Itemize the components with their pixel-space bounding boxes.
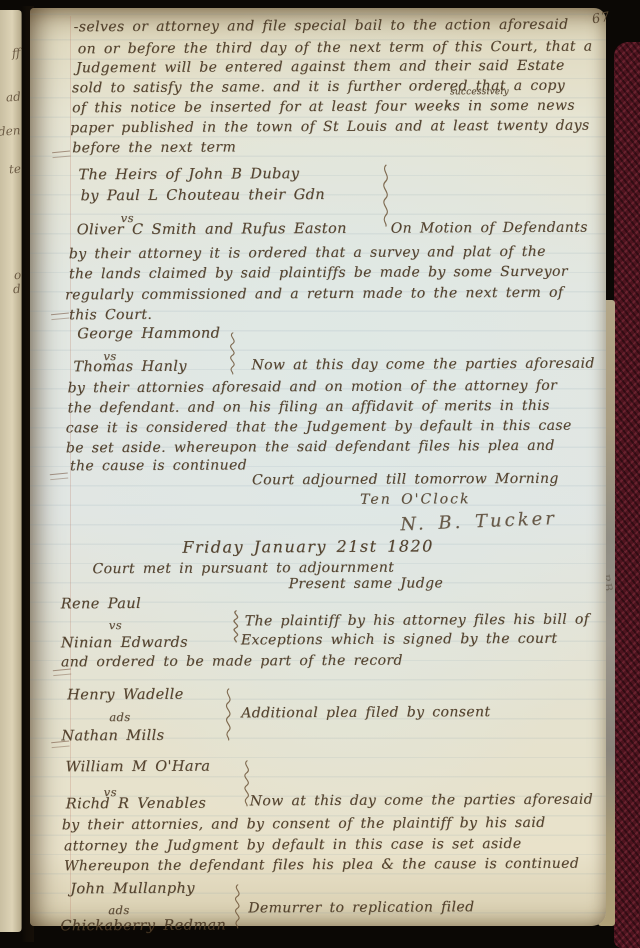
margin-tick [50, 473, 68, 481]
record-line: by their attornies, and by consent of th… [62, 815, 546, 834]
case-plaintiff: John Mullanphy [70, 881, 195, 898]
adjournment-time: Ten O'Clock [360, 491, 470, 508]
record-line: and ordered to be made part of the recor… [61, 653, 403, 671]
case-defendant: Richd R Venables [66, 796, 207, 813]
record-line: the defendant. and on his filing an affi… [68, 398, 550, 417]
judge-signature: N. B. Tucker [400, 508, 557, 535]
interlinear-insertion: successively [450, 87, 509, 97]
case-brace-icon [221, 688, 235, 740]
case-brace-icon [378, 165, 392, 227]
case-brace-icon [225, 332, 239, 374]
record-line: Demurrer to replication filed [248, 899, 474, 916]
record-line: paper published in the town of St Louis … [70, 118, 589, 137]
record-line: Additional plea filed by consent [241, 704, 490, 721]
court-record-book-photo: { "window": { "page_number": "67", "edge… [0, 0, 640, 948]
record-line: regularly commissioned and a return made… [65, 285, 563, 304]
record-line: Judgement will be entered against them a… [76, 58, 565, 77]
case-defendant: Thomas Hanly [73, 359, 187, 376]
margin-tick [51, 313, 69, 321]
case-plaintiff: by Paul L Chouteau their Gdn [81, 187, 326, 204]
case-plaintiff: Rene Paul [61, 596, 141, 612]
session-date: Friday January 21st 1820 [182, 536, 434, 556]
record-line: on or before the third day of the next t… [78, 39, 593, 58]
margin-tick [53, 669, 71, 677]
case-plaintiff: William M O'Hara [65, 759, 210, 776]
record-line: of this notice be inserted for at least … [72, 98, 575, 117]
case-plaintiff: Henry Wadelle [67, 687, 184, 704]
session-line: Present same Judge [289, 575, 444, 592]
insertion-caret: ^ [445, 103, 453, 113]
case-defendant: Chickaberry Redman [60, 917, 226, 934]
versus-label: ads [108, 903, 129, 917]
adjournment-line: Court adjourned till tomorrow Morning [252, 471, 559, 489]
case-brace-icon [230, 884, 244, 928]
versus-label: ads [109, 710, 130, 724]
record-line: the cause is continued [70, 457, 247, 474]
record-line: Exceptions which is signed by the court [241, 631, 558, 649]
record-line: be set aside. whereupon the said defenda… [66, 438, 555, 457]
case-defendant: Ninian Edwards [61, 635, 188, 652]
record-line: Whereupon the defendant files his plea &… [64, 856, 579, 875]
versus-label: vs [109, 618, 122, 632]
record-line: by their attorney it is ordered that a s… [69, 244, 546, 262]
record-line: Now at this day come the parties aforesa… [251, 356, 594, 374]
record-line: attorney the Judgment by default in this… [64, 836, 522, 854]
record-line: before the next term [72, 139, 236, 156]
session-line: Court met in pursuant to adjournment [92, 560, 394, 578]
case-plaintiff: The Heirs of John B Dubay [78, 166, 299, 183]
case-defendant: Nathan Mills [61, 728, 164, 745]
handwritten-content: -selves or attorney and file special bai… [0, 0, 640, 948]
record-line: by their attornies aforesaid and on moti… [68, 378, 558, 397]
record-line: -selves or attorney and file special bai… [74, 17, 569, 36]
case-defendant: Oliver C Smith and Rufus Easton [77, 221, 347, 238]
record-line: the lands claimed by said plaintiffs be … [69, 264, 568, 283]
record-line: The plaintiff by his attorney files his … [245, 612, 590, 630]
record-line: case it is considered that the Judgement… [66, 418, 572, 437]
case-plaintiff: George Hammond [77, 326, 220, 343]
record-line: On Motion of Defendants [391, 220, 588, 237]
margin-tick [52, 151, 70, 159]
record-line: this Court. [69, 307, 152, 323]
margin-tick [51, 741, 69, 749]
record-line: Now at this day come the parties aforesa… [250, 792, 593, 810]
